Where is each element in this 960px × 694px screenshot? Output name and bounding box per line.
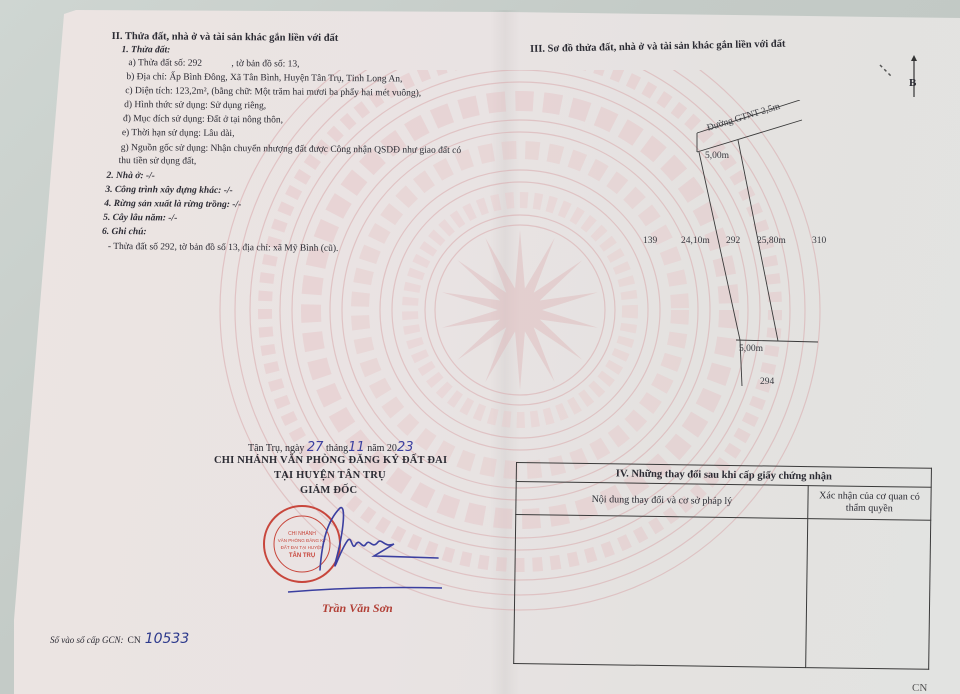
date-prefix: Tân Trụ, ngày bbox=[248, 443, 304, 454]
perennial-trees-item: 5. Cây lâu năm: -/- bbox=[103, 214, 177, 224]
signer-position: GIÁM ĐỐC bbox=[300, 485, 357, 496]
usage-origin-cont: thu tiền sử dụng đất, bbox=[119, 157, 197, 167]
changes-table: IV. Những thay đổi sau khi cấp giấy chứn… bbox=[513, 462, 932, 670]
column-change-content: Nội dung thay đổi và cơ sở pháp lý bbox=[516, 482, 808, 519]
neighbor-parcel-east: 310 bbox=[812, 236, 826, 246]
map-sheet-number: , tờ bản đồ số: 13, bbox=[231, 60, 299, 70]
change-content-cell bbox=[514, 515, 808, 668]
column-authority-confirmation: Xác nhận của cơ quan có thẩm quyền bbox=[808, 486, 932, 521]
north-label: B bbox=[909, 77, 916, 89]
signer-name: Trần Văn Sơn bbox=[322, 601, 393, 616]
issue-date: Tân Trụ, ngày 27 tháng11 năm 2023 bbox=[248, 440, 413, 455]
issue-month: 11 bbox=[348, 440, 365, 455]
parcel-number-label: 292 bbox=[726, 236, 740, 246]
month-label: tháng bbox=[326, 443, 348, 454]
south-edge-length: 5,00m bbox=[739, 344, 763, 354]
year-label: năm 20 bbox=[367, 443, 397, 454]
registry-label: Số vào sổ cấp GCN: bbox=[50, 635, 124, 645]
production-forest-item: 4. Rừng sản xuất là rừng trồng: -/- bbox=[104, 200, 241, 211]
west-edge-length: 24,10m bbox=[681, 236, 710, 246]
signature-scribble-icon bbox=[320, 508, 438, 570]
svg-text:ĐẤT ĐAI TẠI HUYỆN: ĐẤT ĐAI TẠI HUYỆN bbox=[281, 543, 324, 550]
section-2-title: II. Thửa đất, nhà ở và tài sản khác gắn … bbox=[112, 31, 339, 44]
notes-heading: 6. Ghi chú: bbox=[102, 228, 147, 238]
issuing-office-location: TẠI HUYỆN TÂN TRỤ bbox=[274, 470, 386, 481]
east-edge-length: 25,80m bbox=[757, 236, 786, 246]
signature-underline-icon bbox=[288, 588, 442, 593]
usage-term: e) Thời hạn sử dụng: Lâu dài, bbox=[122, 129, 235, 139]
usage-form: d) Hình thức sử dụng: Sử dụng riêng, bbox=[124, 101, 266, 112]
usage-purpose: đ) Mục đích sử dụng: Đất ở tại nông thôn… bbox=[123, 115, 283, 126]
issue-year: 23 bbox=[397, 440, 414, 455]
parcel-south-edge bbox=[736, 340, 818, 342]
issue-day: 27 bbox=[307, 440, 324, 455]
north-arrow-tick-icon bbox=[880, 65, 892, 77]
parcel-west-edge bbox=[699, 152, 740, 340]
svg-text:TÂN TRỤ: TÂN TRỤ bbox=[289, 552, 315, 559]
neighbor-parcel-south: 294 bbox=[760, 377, 774, 387]
authority-confirmation-cell bbox=[806, 519, 931, 670]
corner-mark: CN bbox=[912, 682, 927, 694]
registry-number: 10533 bbox=[145, 631, 190, 647]
registry-prefix: CN bbox=[128, 636, 141, 646]
note-text: - Thửa đất số 292, tờ bản đồ số 13, địa … bbox=[108, 243, 339, 255]
north-edge-length: 5,00m bbox=[705, 151, 729, 161]
parcel-diagram bbox=[680, 100, 880, 400]
official-seal-and-signature: CHI NHÁNH VĂN PHÒNG ĐĂNG KÝ ĐẤT ĐAI TẠI … bbox=[262, 500, 452, 600]
parcel-number: a) Thửa đất số: 292 bbox=[128, 59, 202, 69]
svg-text:VĂN PHÒNG ĐĂNG KÝ: VĂN PHÒNG ĐĂNG KÝ bbox=[278, 537, 327, 543]
neighbor-parcel-west: 139 bbox=[643, 236, 657, 246]
house-item: 2. Nhà ở: -/- bbox=[106, 172, 154, 182]
svg-text:CHI NHÁNH: CHI NHÁNH bbox=[288, 530, 316, 537]
issuing-office: CHI NHÁNH VĂN PHÒNG ĐĂNG KÝ ĐẤT ĐAI bbox=[214, 455, 447, 466]
other-construction-item: 3. Công trình xây dựng khác: -/- bbox=[105, 186, 232, 197]
land-heading: 1. Thửa đất: bbox=[122, 46, 171, 56]
registry-entry: Số vào sổ cấp GCN: CN 10533 bbox=[50, 630, 189, 648]
red-seal-icon: CHI NHÁNH VĂN PHÒNG ĐĂNG KÝ ĐẤT ĐAI TẠI … bbox=[264, 506, 340, 582]
